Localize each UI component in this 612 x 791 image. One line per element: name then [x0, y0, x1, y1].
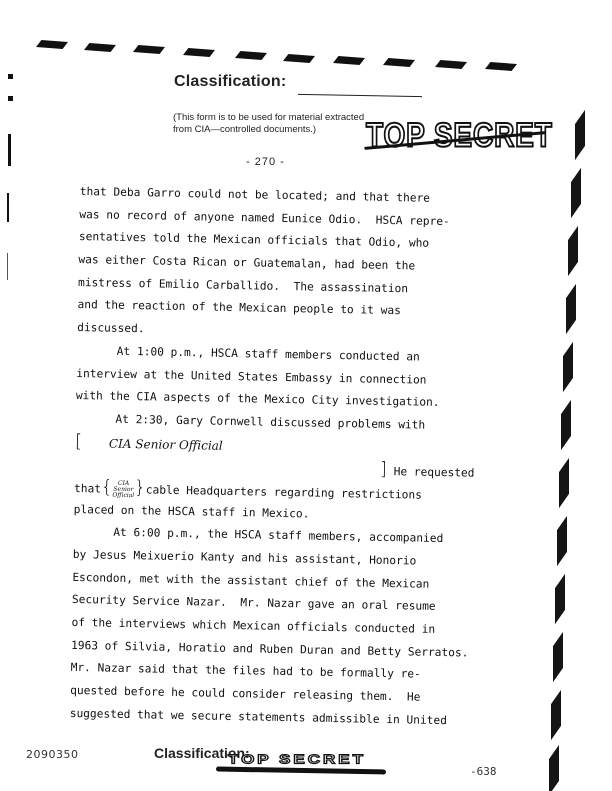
border-dash: [333, 56, 365, 65]
border-stripe: [551, 690, 561, 740]
footer-page-number: -638: [470, 765, 497, 778]
border-dash: [133, 45, 165, 54]
redaction-bracket: }: [134, 477, 146, 498]
margin-line: [7, 253, 8, 280]
text-fragment: He requested: [394, 465, 475, 480]
border-dash: [383, 58, 415, 67]
margin-line: [7, 193, 9, 222]
footer-top-secret-stamp: TOP SECRET: [228, 752, 366, 767]
margin-dot: [8, 96, 13, 101]
handwritten-word: Official: [112, 492, 134, 499]
border-dash: [235, 51, 267, 60]
border-dash: [435, 60, 467, 69]
border-stripe: [568, 226, 578, 276]
margin-line: [8, 134, 11, 166]
redaction-bracket: {: [101, 476, 113, 497]
border-dash: [183, 48, 215, 57]
document-body: that Deba Garro could not be located; an…: [70, 181, 520, 734]
border-stripe: [553, 632, 563, 682]
border-dash: [36, 40, 68, 49]
border-stripe: [559, 458, 569, 508]
border-stripe: [557, 516, 567, 566]
border-stripe: [566, 284, 576, 334]
document-id: 2090350: [26, 748, 79, 761]
form-note: (This form is to be used for material ex…: [173, 112, 364, 136]
redaction-bracket: ]: [380, 459, 387, 480]
border-dash: [84, 43, 116, 52]
page-number: - 270 -: [246, 156, 285, 168]
border-stripe: [549, 745, 559, 791]
border-stripe: [575, 110, 585, 160]
classification-blank-line: [298, 94, 422, 97]
border-stripe: [563, 342, 573, 392]
redaction-bracket: [: [75, 431, 82, 452]
border-dash: [283, 54, 315, 63]
border-stripe: [555, 574, 565, 624]
form-note-line: (This form is to be used for material ex…: [173, 112, 364, 124]
text-fragment: that: [74, 482, 101, 496]
form-note-line: from CIA—controlled documents.): [173, 124, 364, 136]
footer-stamp-strikethrough: [216, 767, 386, 775]
border-stripe: [571, 168, 581, 218]
border-stripe: [561, 400, 571, 450]
handwritten-redaction-stack: CIASeniorOfficial: [112, 481, 134, 499]
handwritten-redaction: CIA Senior Official: [109, 436, 223, 452]
classification-label: Classification:: [174, 73, 286, 91]
margin-dot: [8, 74, 13, 79]
border-dash: [485, 62, 517, 71]
text-fragment: cable Headquarters regarding restriction…: [146, 483, 422, 501]
